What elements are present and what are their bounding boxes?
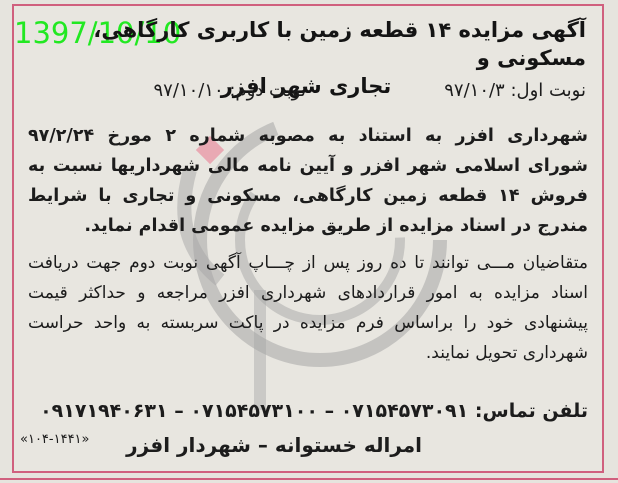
contact-phones: تلفن تماس: ۰۷۱۵۴۵۷۳۰۹۱ – ۰۷۱۵۴۵۷۳۱۰۰ – ۰… — [18, 396, 588, 426]
phone-numbers: ۰۷۱۵۴۵۷۳۰۹۱ – ۰۷۱۵۴۵۷۳۱۰۰ – ۰۹۱۷۱۹۴۰۶۳۱ — [40, 400, 468, 422]
title-line-1: آگهی مزایده ۱۴ قطعه زمین با کاربری کارگا… — [26, 16, 586, 72]
first-publish-date: نوبت اول: ۹۷/۱۰/۳ — [306, 78, 586, 104]
bottom-rule — [0, 478, 618, 480]
contact-label: تلفن تماس: — [475, 400, 588, 422]
ad-code: «۱۰۴-۱۴۴۱» — [20, 430, 90, 450]
publish-dates: نوبت اول: ۹۷/۱۰/۳ نوبت دوم: ۹۷/۱۰/۱۰ — [26, 78, 586, 104]
mayor-signature: امراله خستوانه – شهردار افزر — [126, 430, 422, 460]
ad-content: آگهی مزایده ۱۴ قطعه زمین با کاربری کارگا… — [14, 6, 602, 471]
paragraph-2: متقاضیان مـــی توانند تا ده روز پس از چـ… — [28, 248, 588, 368]
paragraph-applicant-instructions: متقاضیان مـــی توانند تا ده روز پس از چـ… — [28, 248, 588, 368]
paragraph-auction-announcement: شهرداری افزر به استناد به مصوبه شماره ۲ … — [28, 121, 588, 241]
paragraph-1: شهرداری افزر به استناد به مصوبه شماره ۲ … — [28, 121, 588, 241]
advertisement-page: 1397/10/10 آگهی مزایده ۱۴ قطعه زمین با ک… — [0, 0, 618, 483]
second-publish-date: نوبت دوم: ۹۷/۱۰/۱۰ — [26, 78, 306, 104]
